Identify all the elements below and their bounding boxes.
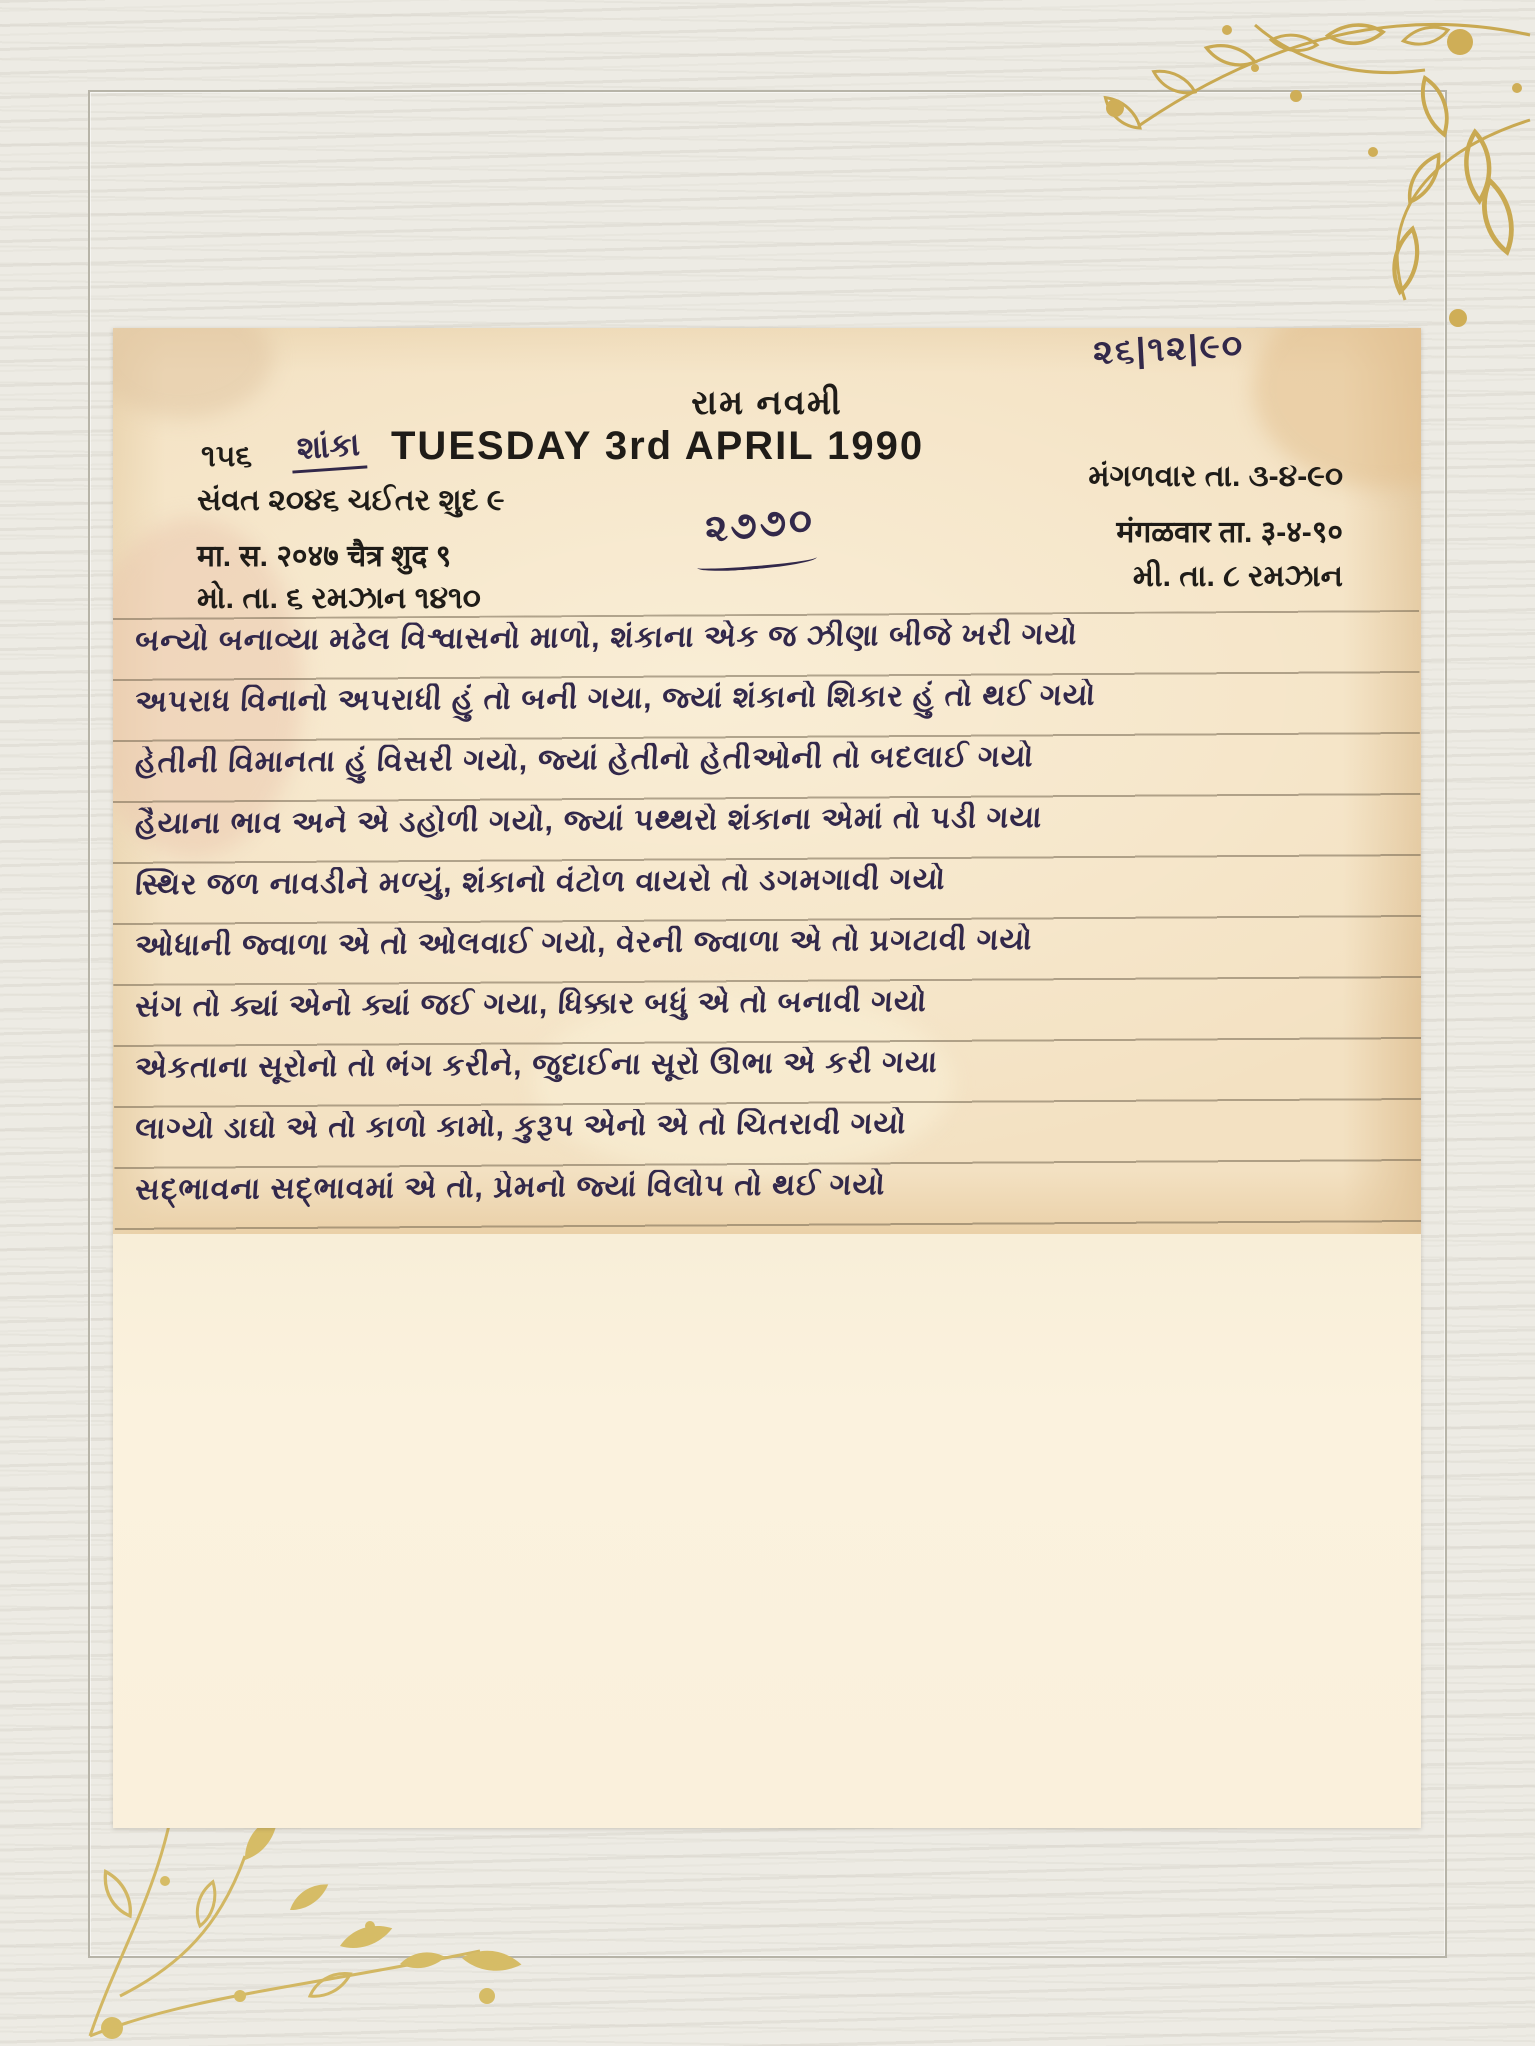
handwritten-word: શાંકા [290, 425, 368, 473]
handwritten-line: બન્યો બનાવ્યા મઢેલ વિશ્વાસનો માળો, શંકાન… [133, 616, 1413, 675]
marathi-weekday-date-line: मंगळवार ता. ३-४-९० [1116, 510, 1343, 551]
diary-scan: ૨૬|૧૨|૯૦ રામ નવમી TUESDAY 3rd APRIL 1990… [113, 328, 1421, 1828]
handwritten-line: સદ્ભાવના સદ્ભાવમાં એ તો, પ્રેમનો જ્યાં વ… [133, 1165, 1413, 1224]
handwritten-number-underline [697, 552, 818, 573]
diary-page: ૨૬|૧૨|૯૦ રામ નવમી TUESDAY 3rd APRIL 1990… [113, 328, 1421, 1234]
islamic-date-line-left: મો. તા. ૬ રમઝાન ૧૪૧૦ [197, 582, 481, 616]
handwritten-line: હેતીની વિમાનતા હું વિસરી ગયો, જ્યાં હેતી… [133, 738, 1413, 797]
festival-title: રામ નવમી [113, 384, 1421, 423]
handwritten-line: હૈયાના ભાવ અને એ ડહોળી ગયો, જ્યાં પથ્થરો… [133, 799, 1413, 858]
handwritten-date-note: ૨૬|૧૨|૯૦ [1092, 328, 1245, 373]
handwritten-line: સ્થિર જળ નાવડીને મળ્યું, શંકાનો વંટોળ વા… [133, 860, 1413, 919]
handwritten-line: સંગ તો ક્યાં એનો ક્યાં જઈ ગયા, ધિક્કાર બ… [133, 982, 1413, 1041]
islamic-date-line-right: મી. તા. ૮ રમઝાન [1133, 560, 1343, 594]
english-date-title: TUESDAY 3rd APRIL 1990 [391, 424, 924, 469]
shaka-date-line: मा. स. २०४७ चैत्र शुद ९ [197, 534, 451, 575]
page-background: ૨૬|૧૨|૯૦ રામ નવમી TUESDAY 3rd APRIL 1990… [0, 0, 1535, 2046]
handwritten-line: એકતાના સૂરોનો તો ભંગ કરીને, જુદાઈના સૂરો… [133, 1043, 1413, 1102]
handwritten-line: લાગ્યો ડાઘો એ તો કાળો કામો, કુરૂપ એનો એ … [133, 1104, 1413, 1163]
blank-scan-area [113, 1234, 1421, 1828]
samvat-date-line: સંવત ૨૦૪૬ ચઈતર શુદ ૯ [197, 484, 505, 518]
gujarati-weekday-date-line: મંગળવાર તા. ૩-૪-૯૦ [1088, 460, 1343, 494]
page-number: ૧૫૬ [201, 440, 252, 474]
handwritten-line: અપરાધ વિનાનો અપરાધી હું તો બની ગયા, જ્યા… [133, 677, 1413, 736]
handwritten-number: ૨૭૭૦ [703, 499, 816, 551]
handwritten-line: ઓધાની જ્વાળા એ તો ઓલવાઈ ગયો, વેરની જ્વાળ… [133, 921, 1413, 980]
